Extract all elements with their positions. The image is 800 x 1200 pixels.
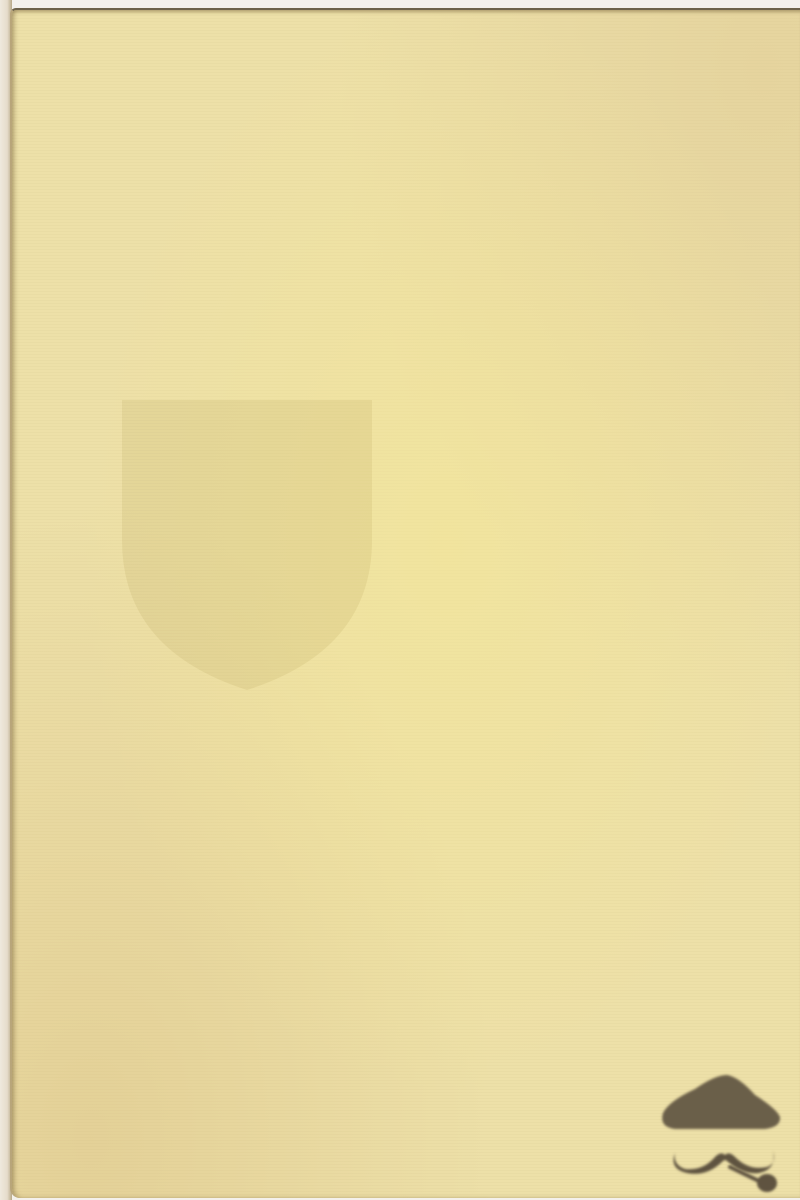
hat-icon	[662, 1075, 780, 1129]
paper-page	[10, 8, 800, 1198]
hat-mustache-pipe-emblem	[655, 1065, 790, 1195]
shield-watermark-icon	[112, 390, 382, 700]
mustache-icon	[674, 1151, 775, 1174]
